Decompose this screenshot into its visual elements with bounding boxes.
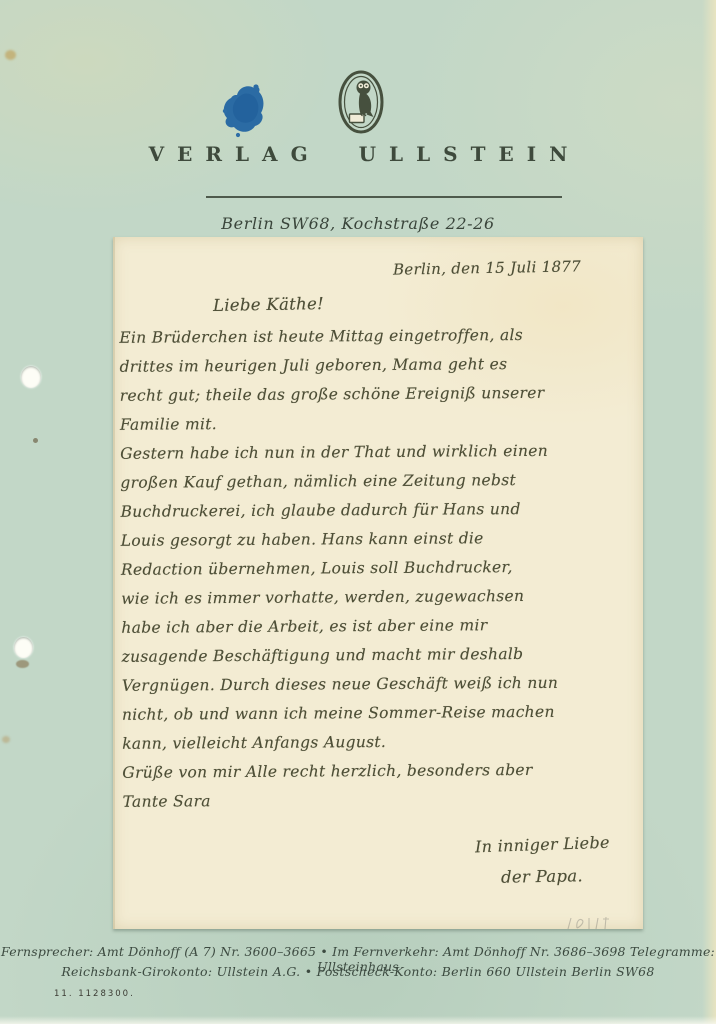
letter-line: zusagende Beschäftigung und macht mir de… (122, 644, 636, 677)
letter-line: wie ich es immer vorhatte, werden, zugew… (121, 586, 635, 619)
paper-stain (5, 50, 16, 60)
footer-bank-line: Reichsbank-Girokonto: Ullstein A.G. • Po… (0, 964, 716, 979)
paper-bottom-edge (0, 1016, 716, 1024)
letter-salutation: Liebe Käthe! (213, 294, 324, 315)
letter-line: Redaction übernehmen, Louis soll Buchdru… (121, 557, 635, 590)
letter-line: Gestern habe ich nun in der That und wir… (120, 441, 634, 474)
letter-line: habe ich aber die Arbeit, es ist aber ei… (121, 615, 635, 648)
punch-hole (21, 366, 41, 388)
letter-sheet: Berlin, den 15 Juli 1877 Liebe Käthe! Ei… (113, 237, 643, 929)
ink-blot-stain-icon (216, 82, 270, 146)
letter-signature: der Papa. (501, 866, 583, 886)
paper-speck (33, 438, 38, 443)
faint-pencil-mark (565, 915, 611, 937)
letter-line: Buchdruckerei, ich glaube dadurch für Ha… (121, 499, 635, 532)
letter-line: kann, vielleicht Anfangs August. (122, 731, 636, 764)
letter-line: großen Kauf gethan, nämlich eine Zeitung… (120, 470, 634, 503)
letter-body: Ein Brüderchen ist heute Mittag eingetro… (119, 325, 636, 822)
letter-line: Vergnügen. Durch dieses neue Geschäft we… (122, 673, 636, 706)
header-rule (206, 196, 562, 198)
letter-line: Grüße von mir Alle recht herzlich, beson… (122, 760, 636, 793)
punch-hole (14, 637, 33, 658)
ullstein-owl-logo-icon (333, 66, 389, 142)
letter-line: nicht, ob und wann ich meine Sommer-Reis… (122, 702, 636, 735)
letter-line: drittes im heurigen Juli geboren, Mama g… (119, 354, 633, 387)
print-order-number: 11. 1128300. (54, 989, 135, 999)
letter-line: Louis gesorgt zu haben. Hans kann einst … (121, 528, 635, 561)
paper-stain (16, 660, 29, 668)
letter-line: Ein Brüderchen ist heute Mittag eingetro… (119, 325, 633, 358)
scanned-letter-page: VERLAG ULLSTEIN Berlin SW68, Kochstraße … (0, 0, 716, 1024)
letter-closing: In inniger Liebe (475, 833, 610, 857)
letter-line: Tante Sara (123, 789, 637, 822)
paper-stain (2, 736, 10, 743)
publisher-address: Berlin SW68, Kochstraße 22-26 (0, 214, 716, 233)
publisher-name: VERLAG ULLSTEIN (0, 142, 716, 166)
letter-line: Familie mit. (120, 412, 634, 445)
letter-line: recht gut; theile das große schöne Ereig… (120, 383, 634, 416)
letter-date: Berlin, den 15 Juli 1877 (393, 257, 581, 278)
